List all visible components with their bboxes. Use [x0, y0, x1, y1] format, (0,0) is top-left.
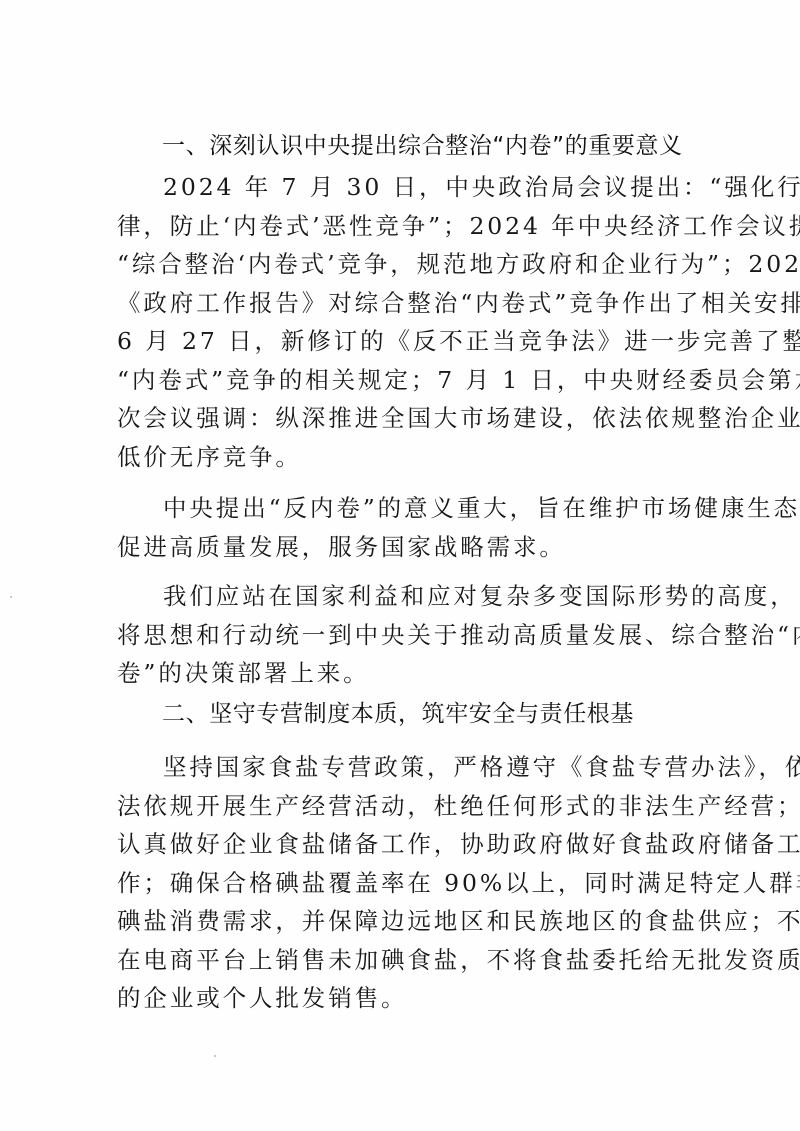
paragraph-line: 6 月 27 日，新修订的《反不正当竞争法》进一步完善了整治	[117, 322, 679, 361]
paragraph-line: 我们应站在国家利益和应对复杂多变国际形势的高度，	[117, 577, 679, 616]
paragraph-line: “内卷式”竞争的相关规定；7 月 1 日，中央财经委员会第六	[117, 361, 679, 400]
paragraph-line: 低价无序竞争。	[117, 438, 679, 477]
paragraph-line: 次会议强调：纵深推进全国大市场建设，依法依规整治企业	[117, 399, 679, 438]
paragraph-line: 将思想和行动统一到中央关于推动高质量发展、综合整治“内	[117, 616, 679, 655]
paragraph-line: 促进高质量发展，服务国家战略需求。	[117, 528, 679, 567]
paragraph-2: 中央提出“反内卷”的意义重大，旨在维护市场健康生态， 促进高质量发展，服务国家战…	[117, 489, 679, 566]
paragraph-line: 《政府工作报告》对综合整治“内卷式”竞争作出了相关安排；	[117, 284, 679, 323]
scan-speck	[214, 1055, 216, 1057]
paragraph-3: 我们应站在国家利益和应对复杂多变国际形势的高度， 将思想和行动统一到中央关于推动…	[117, 577, 679, 693]
paragraph-line: 法依规开展生产经营活动，杜绝任何形式的非法生产经营；	[117, 787, 679, 826]
paragraph-line: 作；确保合格碘盐覆盖率在 90%以上，同时满足特定人群非	[117, 864, 679, 903]
paragraph-line: 律，防止‘内卷式’恶性竞争”；2024 年中央经济工作会议提出：	[117, 207, 679, 246]
paragraph-line: 卷”的决策部署上来。	[117, 654, 679, 693]
paragraph-4: 坚持国家食盐专营政策，严格遵守《食盐专营办法》，依 法依规开展生产经营活动，杜绝…	[117, 748, 679, 1018]
paragraph-1: 2024 年 7 月 30 日，中央政治局会议提出：“强化行业自 律，防止‘内卷…	[117, 168, 679, 476]
paragraph-line: 的企业或个人批发销售。	[117, 979, 679, 1018]
document-page: 一、深刻认识中央提出综合整治“内卷”的重要意义 2024 年 7 月 30 日，…	[0, 0, 800, 1131]
paragraph-line: 碘盐消费需求，并保障边远地区和民族地区的食盐供应；不	[117, 902, 679, 941]
paragraph-line: 坚持国家食盐专营政策，严格遵守《食盐专营办法》，依	[117, 748, 679, 787]
section-heading-1: 一、深刻认识中央提出综合整治“内卷”的重要意义	[162, 131, 683, 161]
paragraph-line: “综合整治‘内卷式’竞争，规范地方政府和企业行为”；2025 年	[117, 245, 679, 284]
paragraph-line: 在电商平台上销售未加碘食盐，不将食盐委托给无批发资质	[117, 941, 679, 980]
paragraph-line: 中央提出“反内卷”的意义重大，旨在维护市场健康生态，	[117, 489, 679, 528]
scan-speck	[10, 596, 12, 598]
paragraph-line: 2024 年 7 月 30 日，中央政治局会议提出：“强化行业自	[117, 168, 679, 207]
paragraph-line: 认真做好企业食盐储备工作，协助政府做好食盐政府储备工	[117, 825, 679, 864]
section-heading-2: 二、坚守专营制度本质，筑牢安全与责任根基	[162, 699, 634, 729]
